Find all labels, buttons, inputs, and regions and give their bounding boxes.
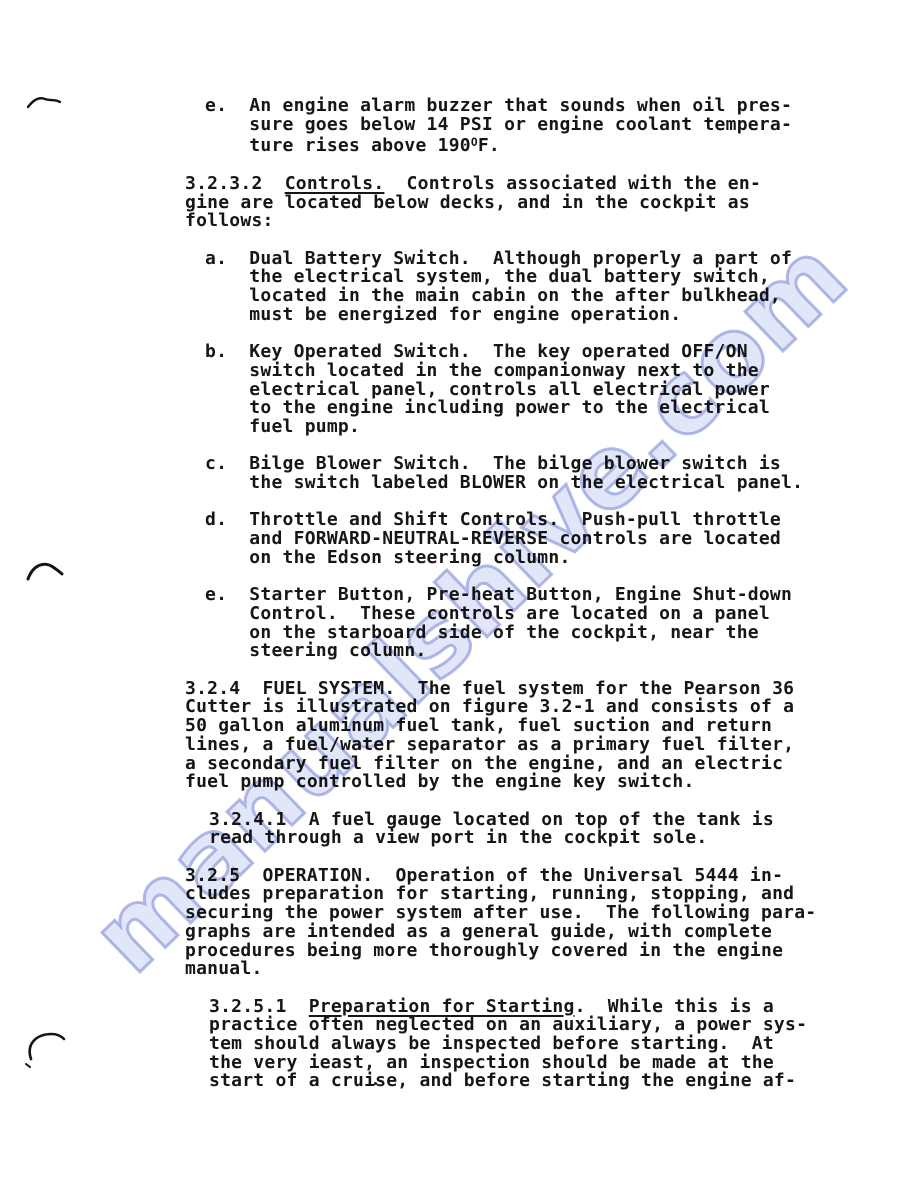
list-item-a-dual-battery-switch: a. Dual Battery Switch. Although properl… — [205, 250, 918, 325]
text-line: fuel pump controlled by the engine key s… — [185, 773, 918, 792]
scanned-manual-page: e. An engine alarm buzzer that sounds wh… — [0, 0, 918, 1188]
pen-mark-bottom — [22, 1028, 68, 1070]
list-item-c-bilge-blower-switch: c. Bilge Blower Switch. The bilge blower… — [205, 455, 918, 492]
text-line: start of a cruise, and before starting t… — [209, 1072, 918, 1091]
paragraph-3-2-5-1-preparation-for-starting: 3.2.5.1 Preparation for Starting. While … — [209, 998, 918, 1092]
text-line: follows: — [185, 212, 918, 231]
text-line: the switch labeled BLOWER on the electri… — [205, 474, 918, 493]
list-item-d-throttle-shift-controls: d. Throttle and Shift Controls. Push-pul… — [205, 511, 918, 567]
text-line: on the Edson steering column. — [205, 549, 918, 568]
pen-mark-middle — [26, 558, 66, 584]
text-line: read through a view port in the cockpit … — [209, 829, 918, 848]
document-body: e. An engine alarm buzzer that sounds wh… — [0, 97, 918, 1091]
pen-mark-top — [26, 92, 64, 114]
paragraph-3-2-4-1-fuel-gauge: 3.2.4.1 A fuel gauge located on top of t… — [209, 811, 918, 848]
text-line: steering column. — [205, 642, 918, 661]
text-line: manual. — [185, 960, 918, 979]
paragraph-3-2-4-fuel-system: 3.2.4 FUEL SYSTEM. The fuel system for t… — [185, 680, 918, 792]
text-line: ture rises above 190OF. — [205, 134, 918, 156]
text-line: procedures being more thoroughly covered… — [185, 942, 918, 961]
paragraph-3-2-3-2-controls: 3.2.3.2 Controls. Controls associated wi… — [185, 175, 918, 231]
text-line: must be energized for engine operation. — [205, 306, 918, 325]
list-item-e-starter-button: e. Starter Button, Pre-heat Button, Engi… — [205, 586, 918, 661]
text-line: fuel pump. — [205, 418, 918, 437]
list-item-b-key-operated-switch: b. Key Operated Switch. The key operated… — [205, 343, 918, 437]
ink-speck — [374, 1082, 377, 1085]
text-line: sure goes below 14 PSI or engine coolant… — [205, 116, 918, 135]
text-line: gine are located below decks, and in the… — [185, 194, 918, 213]
list-item-e-alarm-buzzer: e. An engine alarm buzzer that sounds wh… — [205, 97, 918, 156]
paragraph-3-2-5-operation: 3.2.5 OPERATION. Operation of the Univer… — [185, 867, 918, 979]
